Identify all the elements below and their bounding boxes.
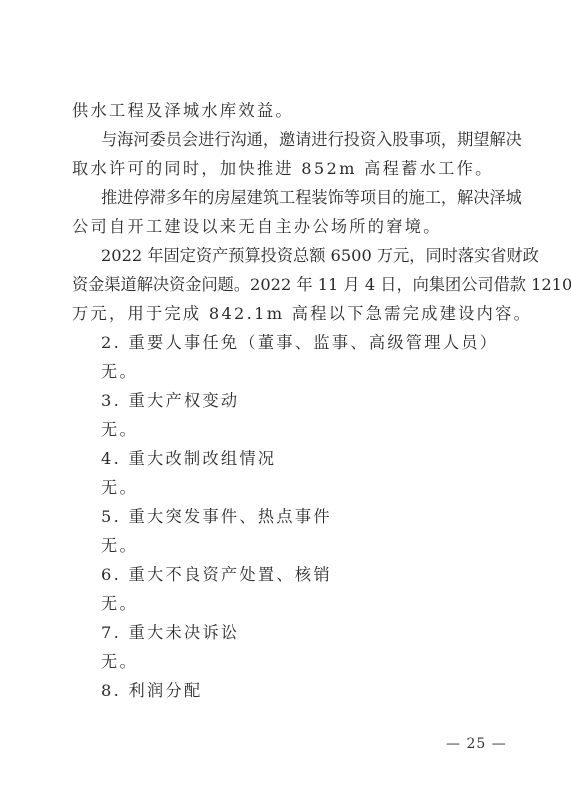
section-heading: 3. 重大产权变动 bbox=[72, 390, 239, 412]
section-heading: 8. 利润分配 bbox=[72, 680, 202, 702]
text-line: 与海河委员会进行沟通，邀请进行投资入股事项，期望解决 bbox=[72, 129, 508, 151]
text-line: 万元，用于完成 842.1m 高程以下急需完成建设内容。 bbox=[72, 303, 532, 325]
text-line: 取水许可的同时，加快推进 852m 高程蓄水工作。 bbox=[72, 158, 494, 180]
text-line: 推进停滞多年的房屋建筑工程装饰等项目的施工，解决泽城 bbox=[72, 187, 508, 209]
section-heading: 7. 重大未决诉讼 bbox=[72, 622, 239, 644]
section-heading: 6. 重大不良资产处置、核销 bbox=[72, 564, 332, 586]
section-heading: 2. 重要人事任免（董事、监事、高级管理人员） bbox=[72, 332, 498, 354]
section-heading: 5. 重大突发事件、热点事件 bbox=[72, 506, 332, 528]
text-line: 无。 bbox=[72, 651, 138, 673]
text-line: 供水工程及泽城水库效益。 bbox=[72, 100, 294, 122]
text-line: 2022 年固定资产预算投资总额 6500 万元，同时落实省财政 bbox=[72, 245, 508, 267]
text-line: 资金渠道解决资金问题。2022 年 11 月 4 日，向集团公司借款 1210 bbox=[72, 274, 508, 296]
text-line: 公司自开工建设以来无自主办公场所的窘境。 bbox=[72, 216, 442, 238]
text-line: 无。 bbox=[72, 477, 138, 499]
text-line: 无。 bbox=[72, 535, 138, 557]
page-number: — 25 — bbox=[446, 736, 507, 752]
text-line: 无。 bbox=[72, 593, 138, 615]
text-line: 无。 bbox=[72, 361, 138, 383]
text-line: 无。 bbox=[72, 419, 138, 441]
section-heading: 4. 重大改制改组情况 bbox=[72, 448, 276, 470]
